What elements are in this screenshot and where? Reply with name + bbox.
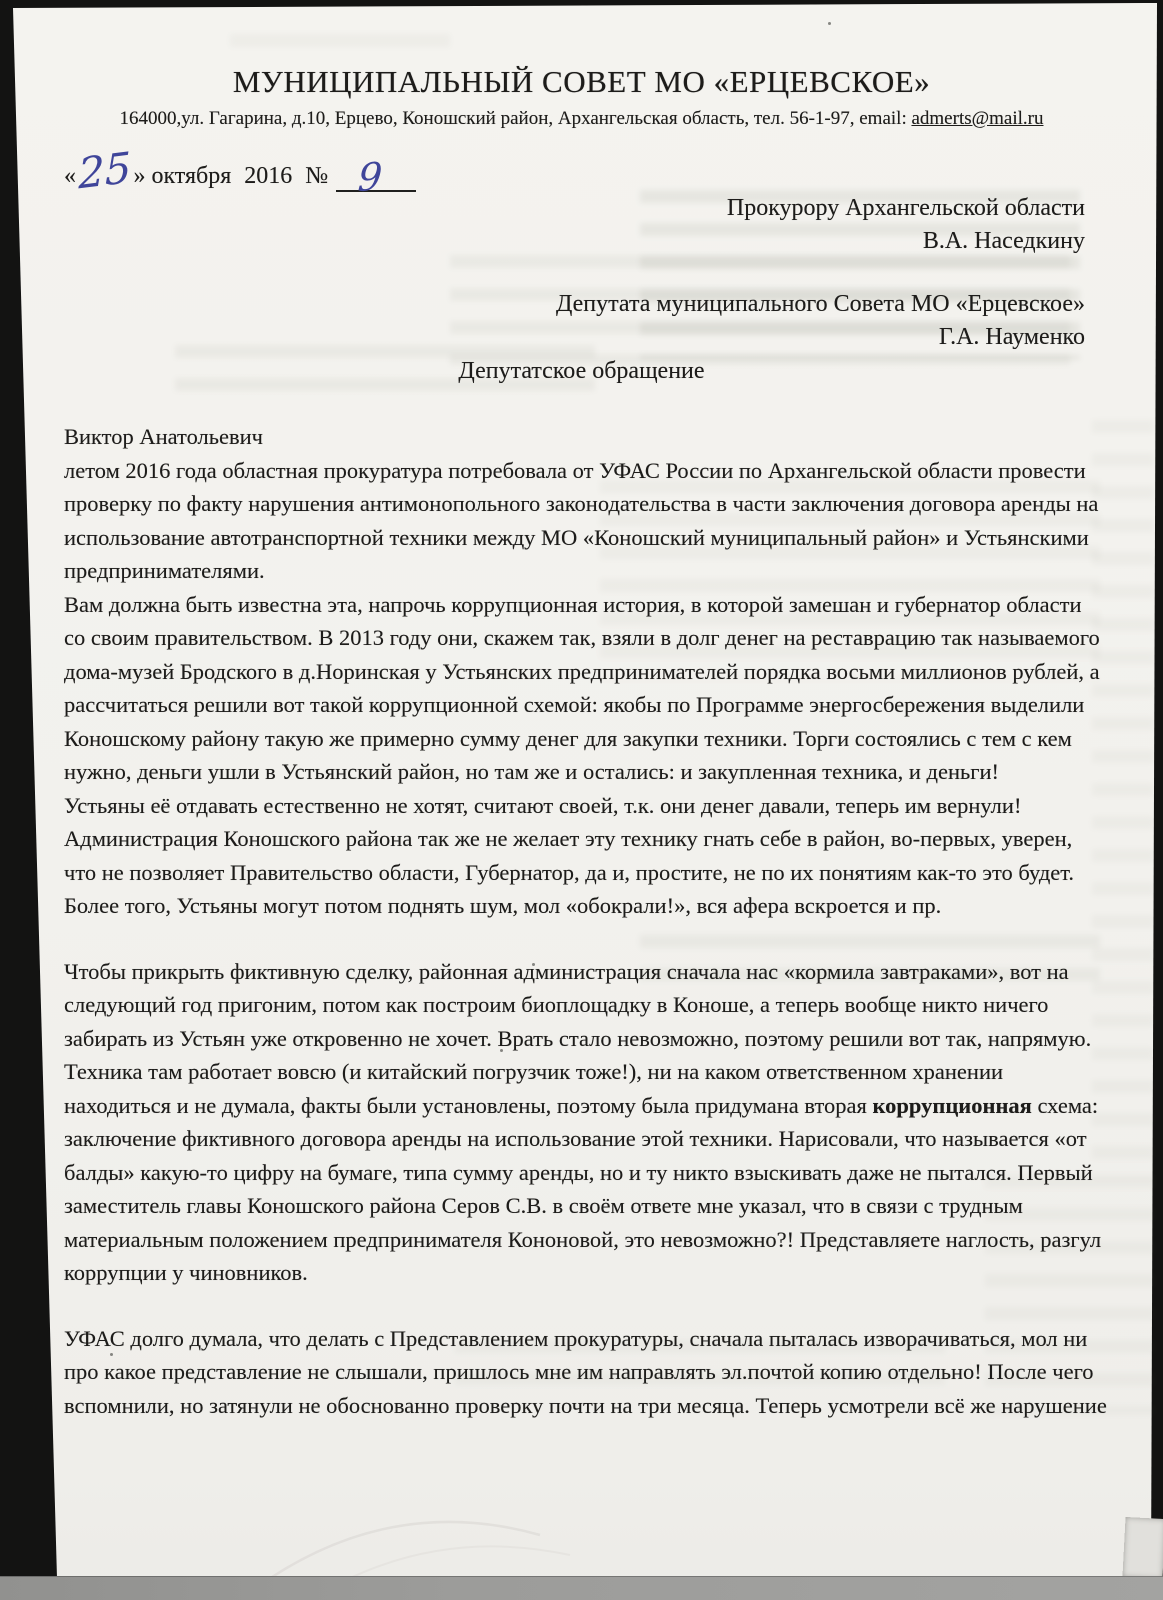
address-text: 164000,ул. Гагарина, д.10, Ерцево, Конош…	[120, 108, 912, 129]
addressee-line: Прокурору Архангельской области	[556, 192, 1085, 225]
text-run: Вам должна быть известна эта, напрочь ко…	[64, 592, 1100, 785]
body-paragraph: летом 2016 года областная прокуратура по…	[64, 454, 1108, 588]
text-run: УФАС долго думала, что делать с Представ…	[64, 1326, 1107, 1418]
organization-address-line: 164000,ул. Гагарина, д.10, Ерцево, Конош…	[0, 108, 1163, 130]
body-paragraph: Устьяны её отдавать естественно не хотят…	[64, 789, 1108, 923]
text-run: летом 2016 года областная прокуратура по…	[64, 458, 1098, 584]
addressee-block: Прокурору Архангельской областиВ.А. Насе…	[556, 192, 1085, 354]
scanner-bed-strip	[0, 1576, 1163, 1600]
handwritten-day: 25	[78, 147, 132, 196]
paper-corner-artifact	[1122, 1517, 1163, 1579]
sender-line: Депутата муниципального Совета МО «Ерцев…	[556, 288, 1085, 321]
addressee-line: В.А. Наседкину	[556, 225, 1085, 258]
scan-speck	[532, 963, 535, 966]
document-type-title: Депутатское обращение	[0, 358, 1163, 385]
paper-crease	[180, 1430, 680, 1600]
letter-body: Виктор Анатольевичлетом 2016 года област…	[64, 420, 1108, 1422]
body-paragraph: УФАС долго думала, что делать с Представ…	[64, 1322, 1108, 1423]
text-run: схема: заключение фиктивного договора ар…	[64, 1093, 1101, 1286]
text-run: Устьяны её отдавать естественно не хотят…	[64, 793, 1074, 919]
date-line: «25» октября 2016 №9	[64, 148, 416, 192]
sender-line: Г.А. Науменко	[556, 321, 1085, 354]
body-paragraph: Виктор Анатольевич	[64, 420, 1108, 454]
body-paragraph: Чтобы прикрыть фиктивную сделку, районна…	[64, 955, 1108, 1290]
bold-text-run: коррупционная	[872, 1093, 1031, 1118]
scan-speck	[110, 1353, 113, 1356]
handwritten-number: 9	[357, 157, 384, 197]
close-quote: »	[133, 163, 145, 189]
email-text: admerts@mail.ru	[911, 108, 1043, 129]
open-quote: «	[64, 163, 76, 189]
scan-speck	[828, 22, 831, 25]
text-run: Виктор Анатольевич	[64, 424, 263, 449]
sender-group: Депутата муниципального Совета МО «Ерцев…	[556, 288, 1085, 354]
document-number-blank: 9	[336, 151, 416, 192]
addressee-group: Прокурору Архангельской областиВ.А. Насе…	[556, 192, 1085, 258]
organization-name: МУНИЦИПАЛЬНЫЙ СОВЕТ МО «ЕРЦЕВСКОЕ»	[0, 64, 1163, 100]
scanned-letter-page: МУНИЦИПАЛЬНЫЙ СОВЕТ МО «ЕРЦЕВСКОЕ» 16400…	[0, 0, 1163, 1600]
body-paragraph: Вам должна быть известна эта, напрочь ко…	[64, 588, 1108, 789]
date-month-year: октября 2016 №	[151, 163, 328, 189]
scan-speck	[500, 1049, 503, 1052]
